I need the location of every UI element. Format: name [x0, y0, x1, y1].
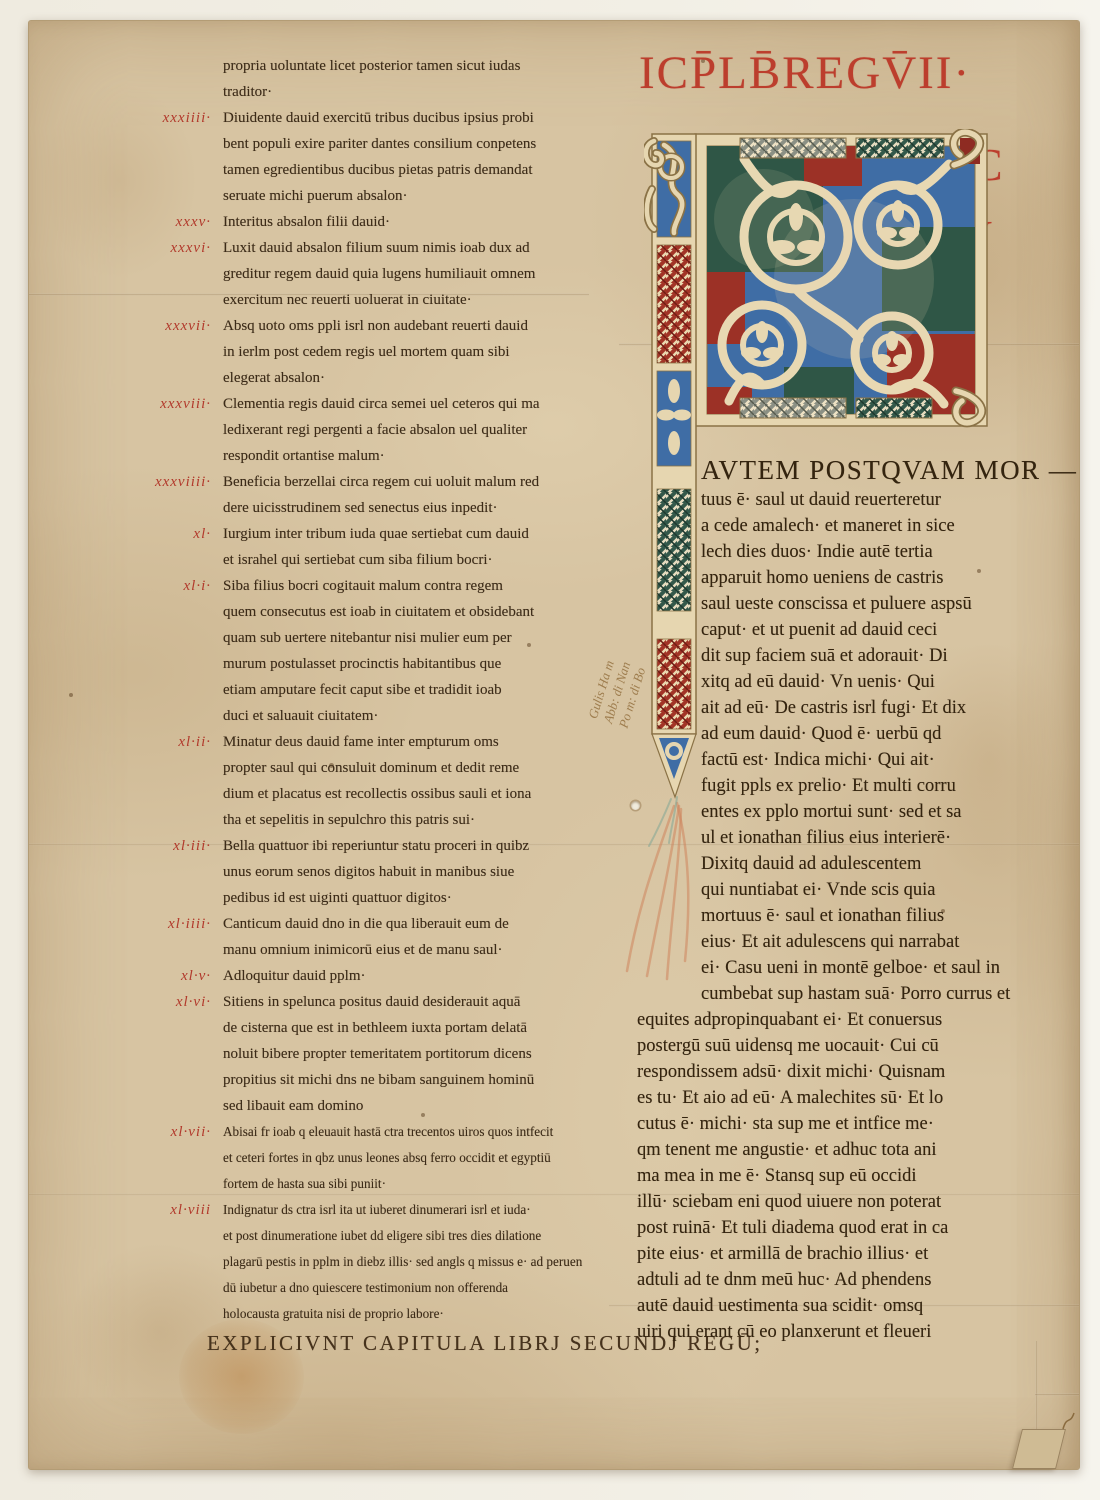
text-line: Canticum dauid dno in die qua liberauit … — [223, 911, 627, 937]
text-line: propter saul qui consuluit dominum et de… — [223, 755, 627, 781]
capitula-entry: xxxvi·Luxit dauid absalon filium suum ni… — [117, 235, 627, 313]
text-line: et post dinumeratione iubet dd eligere s… — [223, 1223, 627, 1249]
text-line: tamen egredientibus ducibus pietas patri… — [223, 157, 627, 183]
text-line: manu omnium inimicorū eius et de manu sa… — [223, 937, 627, 963]
parchment-fold-tab — [1012, 1429, 1066, 1469]
text-line: es tu· Et aio ad eū· A malechites sū· Et… — [637, 1085, 1027, 1111]
text-line: Absq uoto oms ppli isrl non audebant reu… — [223, 313, 627, 339]
chapter-numeral: xl· — [117, 521, 223, 573]
chapter-summary: Diuidente dauid exercitū tribus ducibus … — [223, 105, 627, 209]
capitula-entry: xxxiiii·Diuidente dauid exercitū tribus … — [117, 105, 627, 209]
capitula-entry: xxxviiii·Beneficia berzellai circa regem… — [117, 469, 627, 521]
capitula-entry: xxxviii·Clementia regis dauid circa seme… — [117, 391, 627, 469]
text-line: Indignatur ds ctra isrl ita ut iuberet d… — [223, 1197, 627, 1223]
text-line: de cisterna que est in bethleem iuxta po… — [223, 1015, 627, 1041]
chapter-summary: Siba filius bocri cogitauit malum contra… — [223, 573, 627, 729]
capitula-entry: xl·iiii·Canticum dauid dno in die qua li… — [117, 911, 627, 963]
capitula-entry: xl·vii·Abisai fr ioab q eleuauit hastā c… — [117, 1119, 627, 1197]
text-line: Clementia regis dauid circa semei uel ce… — [223, 391, 627, 417]
chapter-numeral: xxxviii· — [117, 391, 223, 469]
text-line: Sitiens in spelunca positus dauid deside… — [223, 989, 627, 1015]
chapter-numeral: xxxvi· — [117, 235, 223, 313]
text-line: etiam amputare fecit caput sibe et tradi… — [223, 677, 627, 703]
text-line: seruate michi puerum absalon· — [223, 183, 627, 209]
text-line: traditor· — [223, 79, 627, 105]
chapter-numeral: xxxiiii· — [117, 105, 223, 209]
chapter-numeral: xl·vi· — [117, 989, 223, 1119]
text-line: Minatur deus dauid fame inter empturum o… — [223, 729, 627, 755]
text-line: post ruinā· Et tuli diadema quod erat in… — [637, 1215, 1027, 1241]
chapter-summary: Indignatur ds ctra isrl ita ut iuberet d… — [223, 1197, 627, 1327]
text-line: unus eorum senos digitos habuit in manib… — [223, 859, 627, 885]
text-line: qm tenent me angustie· et adhuc tota ani — [637, 1137, 1027, 1163]
text-line: et ceteri fortes in qbz unus leones absq… — [223, 1145, 627, 1171]
capitula-list: propria uoluntate licet posterior tamen … — [117, 53, 627, 1327]
chapter-summary: Beneficia berzellai circa regem cui uolu… — [223, 469, 627, 521]
text-line: dū iubetur a dno quiescere testimonium n… — [223, 1275, 627, 1301]
chapter-numeral: xxxv· — [117, 209, 223, 235]
text-line: Interitus absalon filii dauid· — [223, 209, 627, 235]
text-line: duci et saluauit ciuitatem· — [223, 703, 627, 729]
capitula-entry: xxxvii·Absq uoto oms ppli isrl non audeb… — [117, 313, 627, 391]
text-line: quam sub uertere nitebantur nisi mulier … — [223, 625, 627, 651]
incipit-rubric: ICP̄LB̄REGV̄II· — [639, 43, 971, 103]
text-line: respondit ortantise malum· — [223, 443, 627, 469]
text-line: postergū suū uidensq me uocauit· Cui cū — [637, 1033, 1027, 1059]
text-line: ledixerant regi pergenti a facie absalon… — [223, 417, 627, 443]
capitula-entry: xl·v·Adloquitur dauid pplm· — [117, 963, 627, 989]
capitula-entry: xxxv·Interitus absalon filii dauid· — [117, 209, 627, 235]
chapter-numeral: xl·iii· — [117, 833, 223, 911]
text-line: Bella quattuor ibi reperiuntur statu pro… — [223, 833, 627, 859]
text-line: pedibus id est uiginti quattuor digitos· — [223, 885, 627, 911]
text-line: Abisai fr ioab q eleuauit hastā ctra tre… — [223, 1119, 627, 1145]
text-line: bent populi exire pariter dantes consili… — [223, 131, 627, 157]
capitula-entry: propria uoluntate licet posterior tamen … — [117, 53, 627, 105]
capitula-entry: xl·iii·Bella quattuor ibi reperiuntur st… — [117, 833, 627, 911]
text-line: holocausta gratuita nisi de proprio labo… — [223, 1301, 627, 1327]
text-line: noluit bibere propter temeritatem portit… — [223, 1041, 627, 1067]
chapter-summary: propria uoluntate licet posterior tamen … — [223, 53, 627, 105]
capitula-entry: xl·ii·Minatur deus dauid fame inter empt… — [117, 729, 627, 833]
chapter-summary: Iurgium inter tribum iuda quae sertiebat… — [223, 521, 627, 573]
text-line: murum postulasset procinctis habitantibu… — [223, 651, 627, 677]
chapter-numeral: xl·vii· — [117, 1119, 223, 1197]
chapter-numeral: xxxviiii· — [117, 469, 223, 521]
text-line: Siba filius bocri cogitauit malum contra… — [223, 573, 627, 599]
text-line: greditur regem dauid quia lugens humilia… — [223, 261, 627, 287]
text-line: equites adpropinquabant ei· Et conuersus — [637, 1007, 1027, 1033]
text-line: ma mea in me ē· Stansq sup eū occidi — [637, 1163, 1027, 1189]
chapter-numeral: xl·iiii· — [117, 911, 223, 963]
chapter-numeral — [117, 53, 223, 105]
capitula-entry: xl·Iurgium inter tribum iuda quae sertie… — [117, 521, 627, 573]
text-line: illū· sciebam eni quod uiuere non potera… — [637, 1189, 1027, 1215]
text-line: adtuli ad te dnm meū huc· Ad phendens — [637, 1267, 1027, 1293]
text-line: dere uicisstrudinem sed senectus eius in… — [223, 495, 627, 521]
chapter-summary: Adloquitur dauid pplm· — [223, 963, 627, 989]
chapter-numeral: xl·i· — [117, 573, 223, 729]
text-line: dium et placatus est recollectis ossibus… — [223, 781, 627, 807]
chapter-summary: Sitiens in spelunca positus dauid deside… — [223, 989, 627, 1119]
text-line: Diuidente dauid exercitū tribus ducibus … — [223, 105, 627, 131]
text-line: elegerat absalon· — [223, 365, 627, 391]
chapter-summary: Canticum dauid dno in die qua liberauit … — [223, 911, 627, 963]
chapter-summary: Clementia regis dauid circa semei uel ce… — [223, 391, 627, 469]
crease — [1035, 1393, 1079, 1396]
text-line: exercitum nec reuerti uoluerat in ciuita… — [223, 287, 627, 313]
text-line: Iurgium inter tribum iuda quae sertiebat… — [223, 521, 627, 547]
text-line: plagarū pestis in pplm in diebz illis· s… — [223, 1249, 627, 1275]
text-line: autē dauid uestimenta sua scidit· omsq — [637, 1293, 1027, 1319]
chapter-summary: Luxit dauid absalon filium suum nimis io… — [223, 235, 627, 313]
text-line: respondissem adsū· dixit michi· Quisnam — [637, 1059, 1027, 1085]
chapter-numeral: xxxvii· — [117, 313, 223, 391]
text-line: propria uoluntate licet posterior tamen … — [223, 53, 627, 79]
text-line: uiri qui erant cū eo planxerunt et fleue… — [637, 1319, 1027, 1345]
capitula-entry: xl·viiiIndignatur ds ctra isrl ita ut iu… — [117, 1197, 627, 1327]
manuscript-page: propria uoluntate licet posterior tamen … — [28, 20, 1080, 1470]
chapter-summary: Minatur deus dauid fame inter empturum o… — [223, 729, 627, 833]
chapter-summary: Absq uoto oms ppli isrl non audebant reu… — [223, 313, 627, 391]
capitula-entry: xl·vi·Sitiens in spelunca positus dauid … — [117, 989, 627, 1119]
text-line: cutus ē· michi· sta sup me et intfice me… — [637, 1111, 1027, 1137]
text-line: quem consecutus est ioab in ciuitatem et… — [223, 599, 627, 625]
text-line: Adloquitur dauid pplm· — [223, 963, 627, 989]
chapter-summary: Bella quattuor ibi reperiuntur statu pro… — [223, 833, 627, 911]
chapter-numeral: xl·ii· — [117, 729, 223, 833]
main-text-column: AVTEM POSTQVAM MOR —tuus ē· saul ut daui… — [637, 453, 1027, 1345]
initial-stem-spacer — [637, 453, 701, 993]
capitula-entry: xl·i·Siba filius bocri cogitauit malum c… — [117, 573, 627, 729]
edge-pen-mark — [1061, 1411, 1077, 1431]
text-line: et israhel qui sertiebat cum siba filium… — [223, 547, 627, 573]
text-line: fortem de hasta sua sibi puniit· — [223, 1171, 627, 1197]
chapter-numeral: xl·viii — [117, 1197, 223, 1327]
text-line: pite eius· et armillā de brachio illius·… — [637, 1241, 1027, 1267]
chapter-numeral: xl·v· — [117, 963, 223, 989]
chapter-summary: Interitus absalon filii dauid· — [223, 209, 627, 235]
text-line: tha et sepelitis in sepulchro this patri… — [223, 807, 627, 833]
text-line: Luxit dauid absalon filium suum nimis io… — [223, 235, 627, 261]
text-line: propitius sit michi dns ne bibam sanguin… — [223, 1067, 627, 1093]
chapter-summary: Abisai fr ioab q eleuauit hastā ctra tre… — [223, 1119, 627, 1197]
ink-speck — [69, 693, 73, 697]
text-line: in ierlm post cedem regis uel mortem qua… — [223, 339, 627, 365]
text-line: Beneficia berzellai circa regem cui uolu… — [223, 469, 627, 495]
text-line: sed libauit eam domino — [223, 1093, 627, 1119]
